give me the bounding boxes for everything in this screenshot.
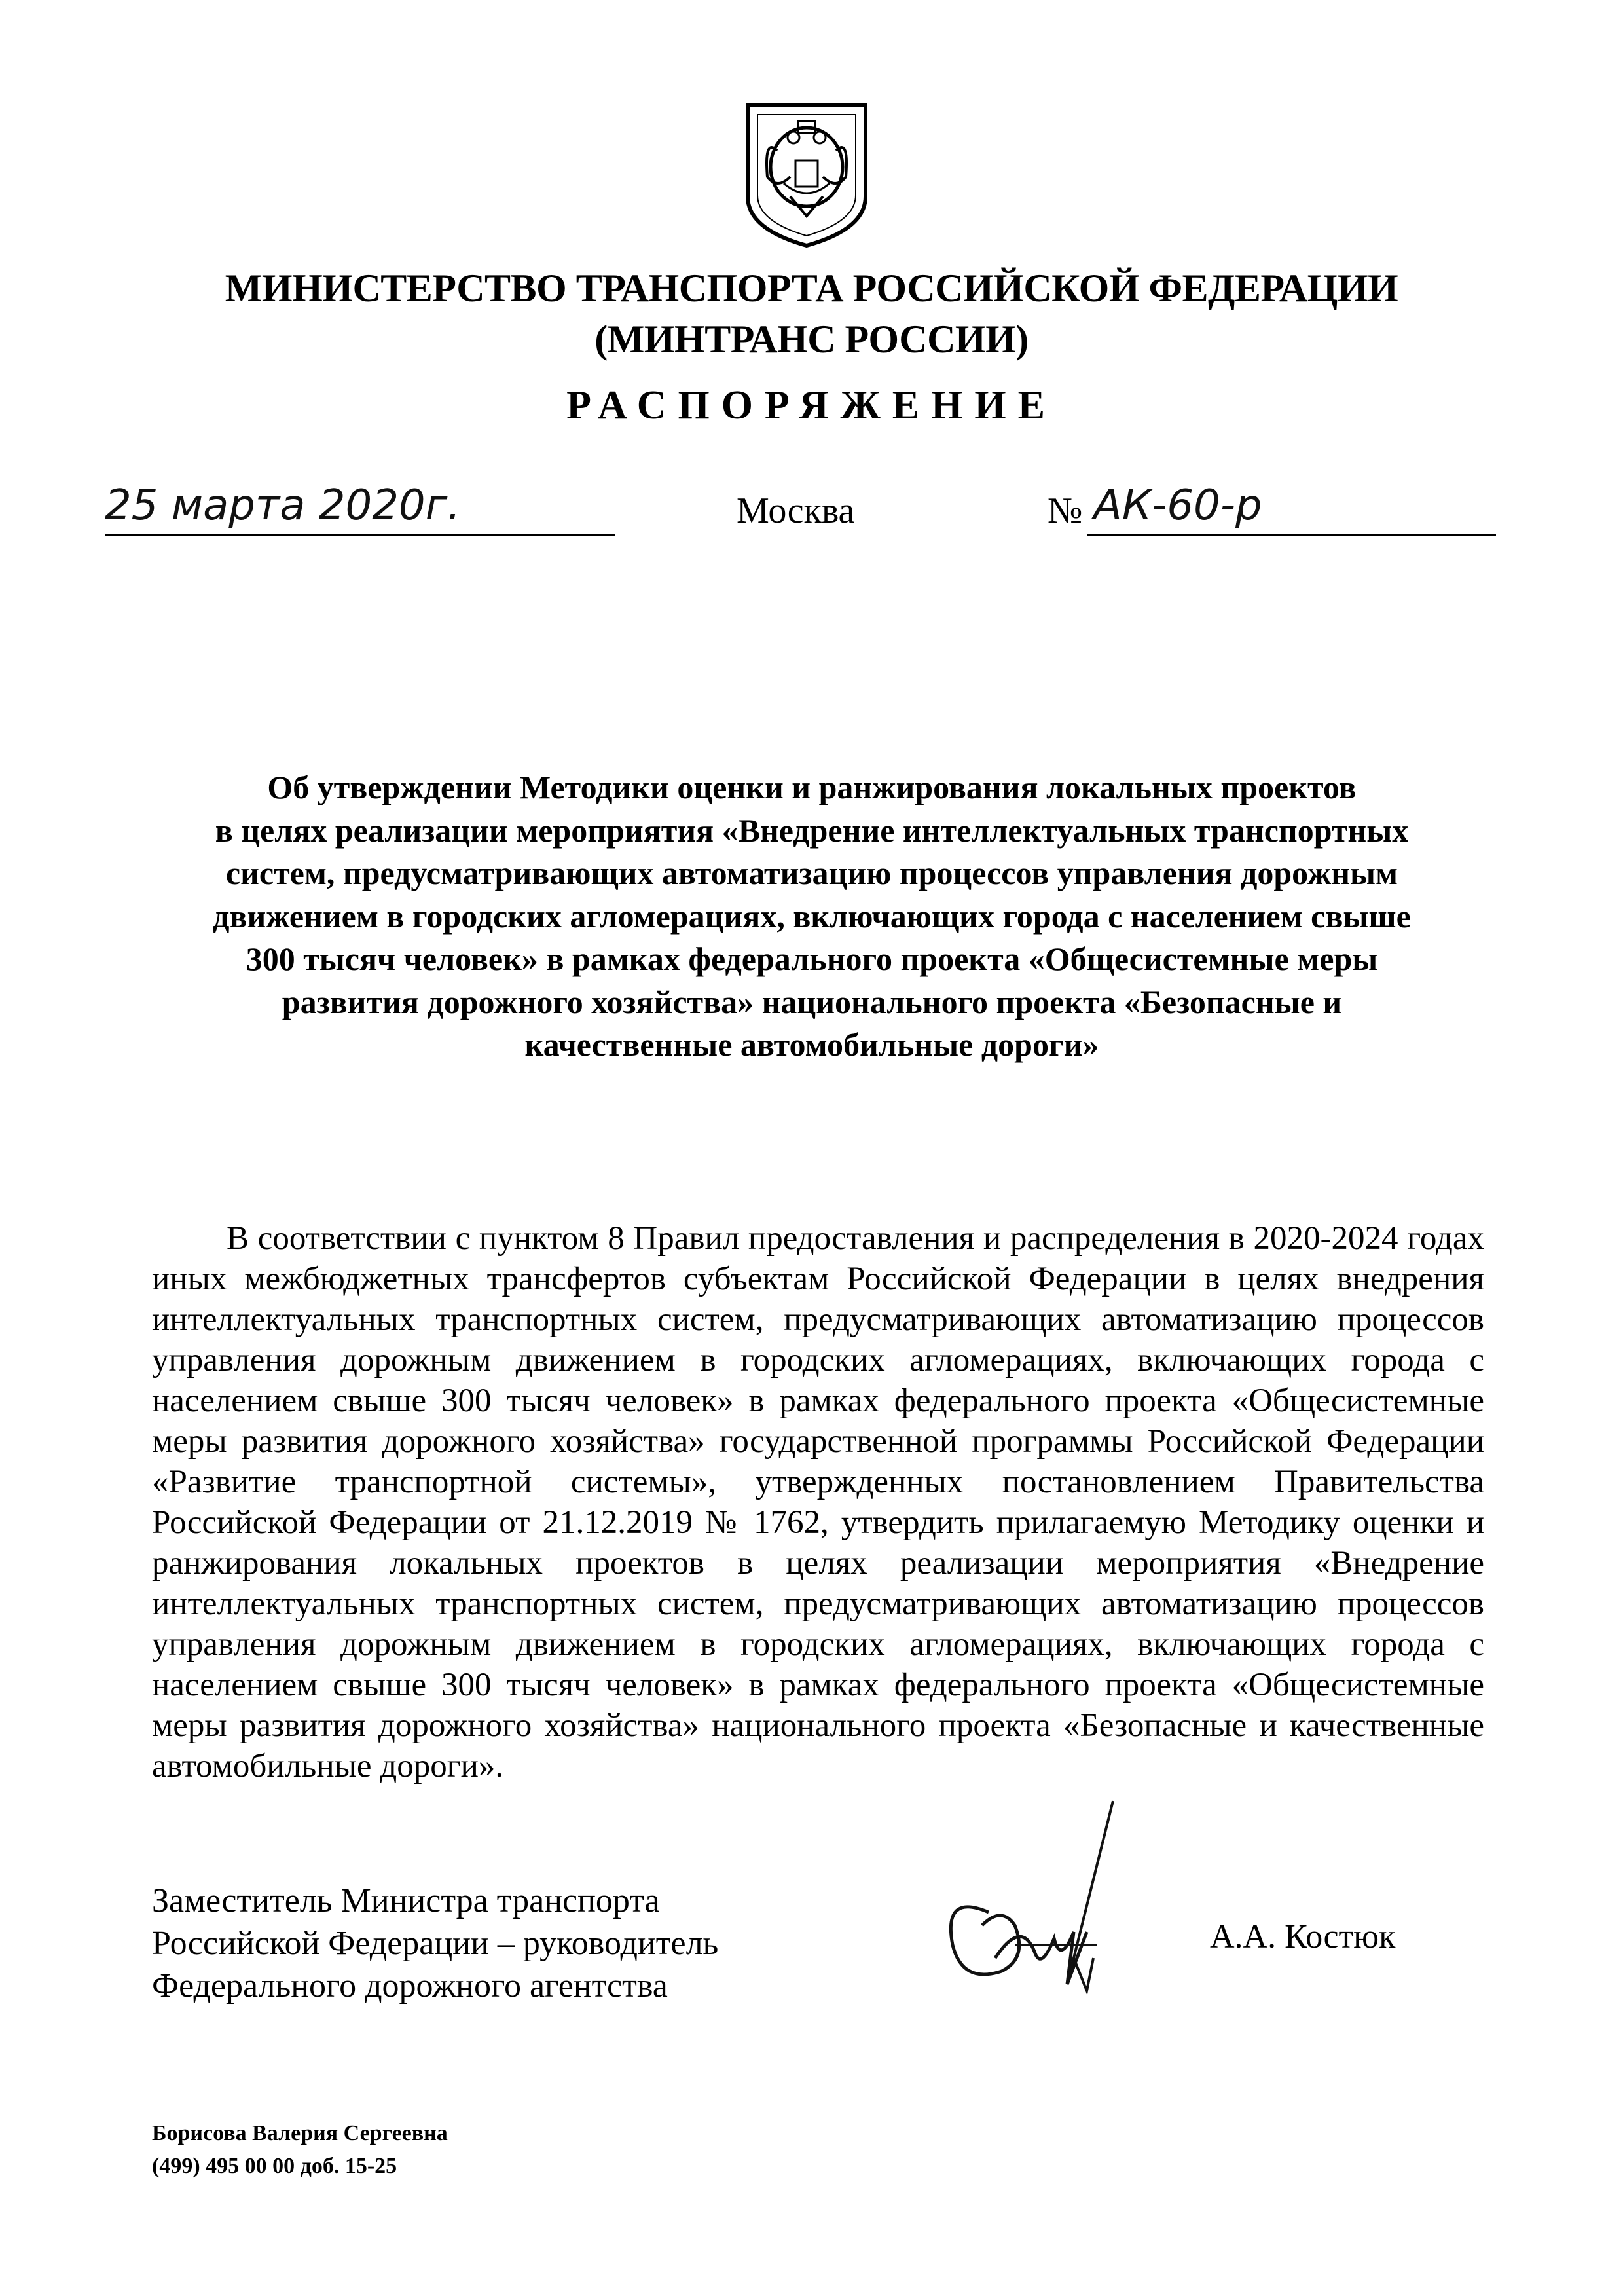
date-field: 25 марта 2020г. bbox=[105, 481, 615, 536]
document-type: РАСПОРЯЖЕНИЕ bbox=[0, 382, 1623, 429]
title-line: в целях реализации мероприятия «Внедрени… bbox=[131, 809, 1493, 853]
body-paragraph: В соответствии с пунктом 8 Правил предос… bbox=[152, 1218, 1484, 1787]
handwritten-date: 25 марта 2020г. bbox=[105, 481, 461, 530]
signatory-name: А.А. Костюк bbox=[1210, 1917, 1395, 1956]
document-number-field: АК-60-р bbox=[1087, 481, 1496, 536]
coat-of-arms-icon bbox=[738, 98, 875, 249]
title-line: систем, предусматривающих автоматизацию … bbox=[131, 852, 1493, 895]
title-line: развития дорожного хозяйства» национальн… bbox=[131, 981, 1493, 1024]
position-line: Российской Федерации – руководитель bbox=[152, 1922, 718, 1965]
ministry-short-name: (МИНТРАНС РОССИИ) bbox=[0, 313, 1623, 365]
title-line: 300 тысяч человек» в рамках федерального… bbox=[131, 938, 1493, 981]
city: Москва bbox=[737, 490, 854, 532]
title-line: Об утверждении Методики оценки и ранжиро… bbox=[131, 766, 1493, 809]
document-page: МИНИСТЕРСТВО ТРАНСПОРТА РОССИЙСКОЙ ФЕДЕР… bbox=[0, 0, 1623, 2296]
handwritten-signature-icon bbox=[917, 1794, 1133, 2004]
title-line: качественные автомобильные дороги» bbox=[131, 1024, 1493, 1067]
handwritten-document-number: АК-60-р bbox=[1093, 481, 1262, 530]
signatory-position: Заместитель Министра транспорта Российск… bbox=[152, 1879, 718, 2007]
position-line: Федерального дорожного агентства bbox=[152, 1965, 718, 2007]
position-line: Заместитель Министра транспорта bbox=[152, 1879, 718, 1922]
title-line: движением в городских агломерациях, вклю… bbox=[131, 895, 1493, 938]
ministry-name: МИНИСТЕРСТВО ТРАНСПОРТА РОССИЙСКОЙ ФЕДЕР… bbox=[0, 262, 1623, 314]
number-sign: № bbox=[1048, 490, 1082, 532]
document-title: Об утверждении Методики оценки и ранжиро… bbox=[131, 766, 1493, 1067]
executor-phone: (499) 495 00 00 доб. 15-25 bbox=[152, 2150, 448, 2183]
executor-info: Борисова Валерия Сергеевна (499) 495 00 … bbox=[152, 2117, 448, 2183]
executor-name: Борисова Валерия Сергеевна bbox=[152, 2117, 448, 2150]
